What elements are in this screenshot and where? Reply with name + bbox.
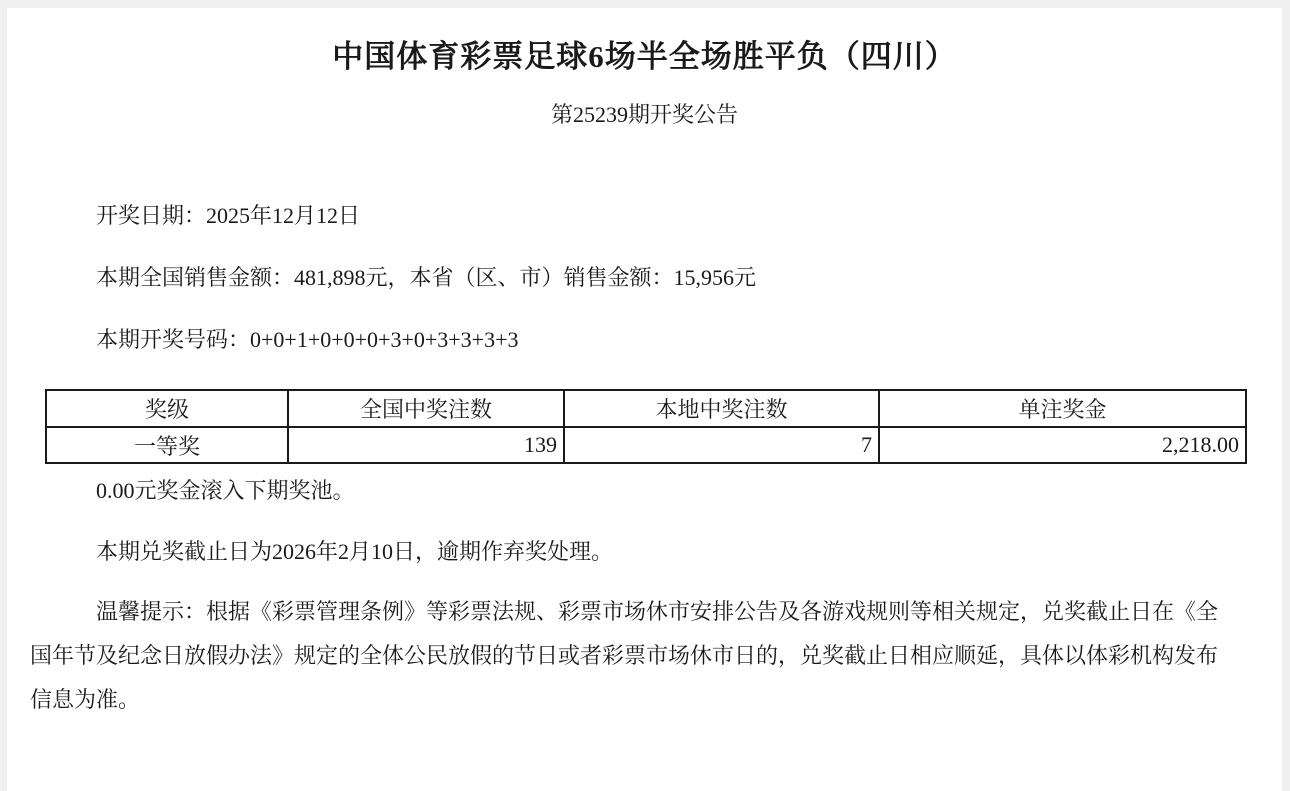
local-count-cell: 7 [564,427,879,463]
announcement-page: 中国体育彩票足球6场半全场胜平负（四川） 第25239期开奖公告 开奖日期：20… [7,8,1282,791]
column-header-local-count: 本地中奖注数 [564,390,879,427]
issue-subtitle: 第25239期开奖公告 [7,104,1282,126]
unit-prize-cell: 2,218.00 [879,427,1246,463]
national-count-cell: 139 [288,427,564,463]
column-header-prize-level: 奖级 [46,390,288,427]
draw-numbers-line: 本期开奖号码：0+0+1+0+0+0+3+0+3+3+3+3 [96,329,519,351]
draw-numbers-label: 本期开奖号码： [96,327,250,352]
redeem-deadline-line: 本期兑奖截止日为2026年2月10日，逾期作弃奖处理。 [96,541,613,563]
column-header-unit-prize: 单注奖金 [879,390,1246,427]
page-title: 中国体育彩票足球6场半全场胜平负（四川） [7,41,1282,72]
prize-table-header-row: 奖级 全国中奖注数 本地中奖注数 单注奖金 [46,390,1246,427]
prize-level-cell: 一等奖 [46,427,288,463]
sales-amount-line: 本期全国销售金额：481,898元，本省（区、市）销售金额：15,956元 [96,267,756,289]
draw-numbers-value: 0+0+1+0+0+0+3+0+3+3+3+3 [250,327,518,352]
rollover-line: 0.00元奖金滚入下期奖池。 [96,480,355,502]
prize-table-row: 一等奖 139 7 2,218.00 [46,427,1246,463]
notice-paragraph: 温馨提示：根据《彩票管理条例》等彩票法规、彩票市场休市安排公告及各游戏规则等相关… [30,590,1222,722]
draw-date-line: 开奖日期：2025年12月12日 [96,205,360,227]
column-header-national-count: 全国中奖注数 [288,390,564,427]
prize-table: 奖级 全国中奖注数 本地中奖注数 单注奖金 一等奖 139 7 2,218.00 [45,389,1247,464]
